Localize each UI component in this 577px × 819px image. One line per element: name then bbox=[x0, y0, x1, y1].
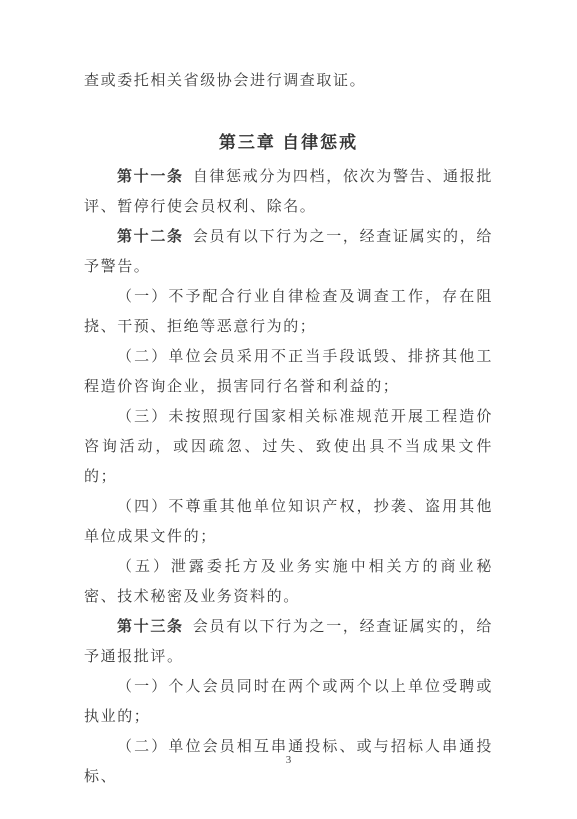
paragraph-text: （一）个人会员同时在两个或两个以上单位受聘或执业的； bbox=[84, 679, 493, 725]
chapter-heading: 第三章 自律惩戒 bbox=[84, 128, 493, 158]
clause-paragraph: （五）泄露委托方及业务实施中相关方的商业秘密、技术秘密及业务资料的。 bbox=[84, 552, 493, 612]
clause-paragraph: （一）个人会员同时在两个或两个以上单位受聘或执业的； bbox=[84, 672, 493, 732]
article-number: 第十三条 bbox=[117, 619, 184, 635]
article-number: 第十一条 bbox=[117, 169, 184, 185]
paragraph-text: （二）单位会员采用不正当手段诋毁、排挤其他工程造价咨询企业，损害同行名誉和利益的… bbox=[84, 349, 493, 395]
paragraph-text: （四）不尊重其他单位知识产权，抄袭、盗用其他单位成果文件的； bbox=[84, 499, 493, 545]
article-13-paragraph: 第十三条会员有以下行为之一，经查证属实的，给予通报批评。 bbox=[84, 612, 493, 672]
document-body: 查或委托相关省级协会进行调查取证。 第三章 自律惩戒 第十一条自律惩戒分为四档，… bbox=[84, 66, 493, 792]
clause-paragraph: （一）不予配合行业自律检查及调查工作，存在阻挠、干预、拒绝等恶意行为的； bbox=[84, 282, 493, 342]
article-12-paragraph: 第十二条会员有以下行为之一，经查证属实的，给予警告。 bbox=[84, 222, 493, 282]
clause-paragraph: （二）单位会员采用不正当手段诋毁、排挤其他工程造价咨询企业，损害同行名誉和利益的… bbox=[84, 342, 493, 402]
article-11-paragraph: 第十一条自律惩戒分为四档，依次为警告、通报批评、暂停行使会员权利、除名。 bbox=[84, 162, 493, 222]
paragraph-text: （三）未按照现行国家相关标准规范开展工程造价咨询活动，或因疏忽、过失、致使出具不… bbox=[84, 409, 493, 485]
paragraph-text: （五）泄露委托方及业务实施中相关方的商业秘密、技术秘密及业务资料的。 bbox=[84, 559, 493, 605]
article-number: 第十二条 bbox=[117, 229, 184, 245]
paragraph-text: （一）不予配合行业自律检查及调查工作，存在阻挠、干预、拒绝等恶意行为的； bbox=[84, 289, 493, 335]
page-number: 3 bbox=[0, 753, 577, 767]
continuation-paragraph: 查或委托相关省级协会进行调查取证。 bbox=[84, 66, 493, 96]
paragraph-text: 查或委托相关省级协会进行调查取证。 bbox=[84, 73, 366, 89]
clause-paragraph: （四）不尊重其他单位知识产权，抄袭、盗用其他单位成果文件的； bbox=[84, 492, 493, 552]
document-page: 查或委托相关省级协会进行调查取证。 第三章 自律惩戒 第十一条自律惩戒分为四档，… bbox=[0, 0, 577, 819]
clause-paragraph: （三）未按照现行国家相关标准规范开展工程造价咨询活动，或因疏忽、过失、致使出具不… bbox=[84, 402, 493, 492]
